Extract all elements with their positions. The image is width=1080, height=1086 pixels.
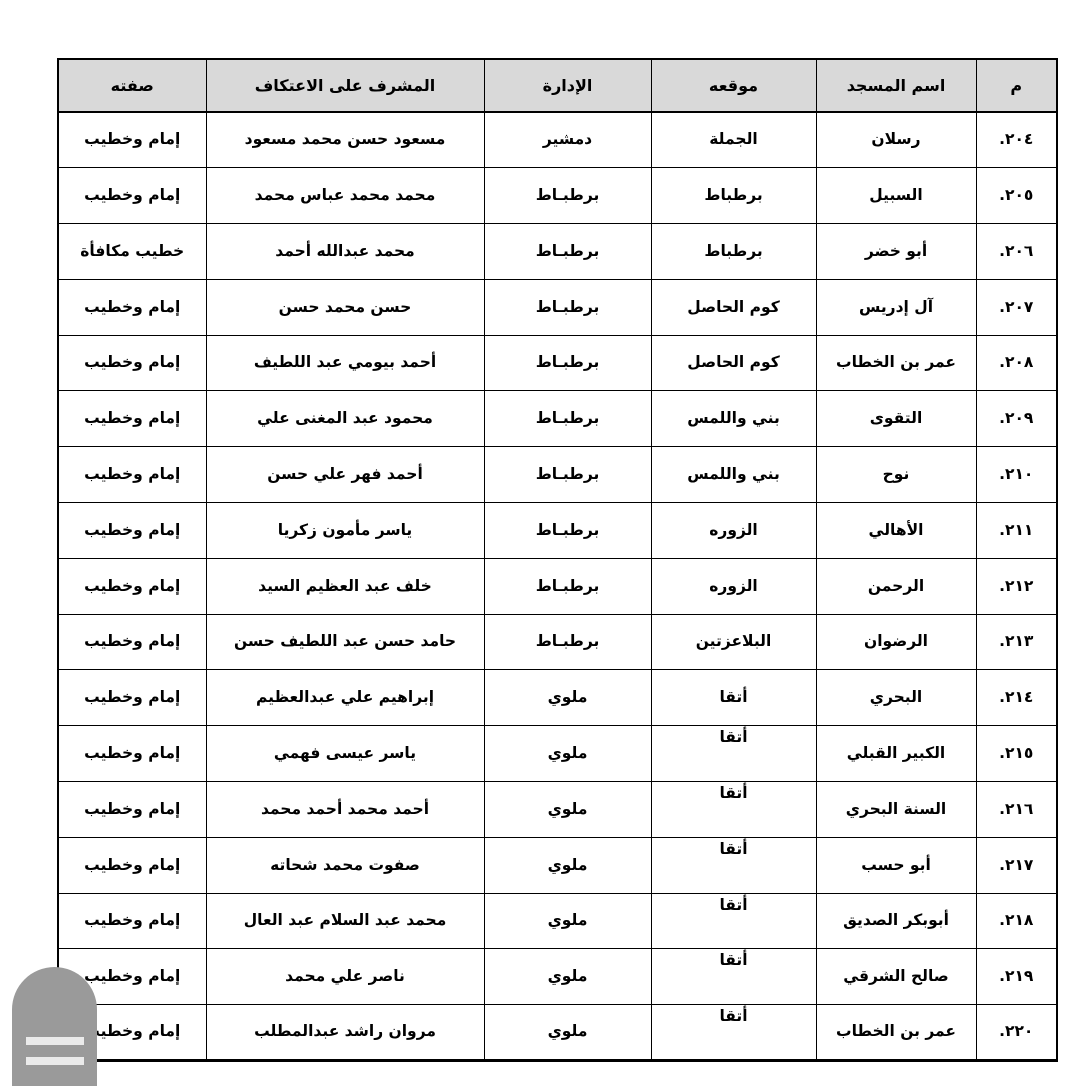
table-row: ٢٠٧.آل إدريسكوم الحاصلبرطبـاطحسن محمد حس… (58, 279, 1057, 335)
cell-num: ٢١٤. (976, 670, 1057, 726)
cell-mosque-name: التقوى (816, 391, 976, 447)
cell-mosque-name: رسلان (816, 112, 976, 168)
col-header-location: موقعه (651, 59, 816, 112)
cell-mosque-name: البحري (816, 670, 976, 726)
cell-mosque-name: نوح (816, 447, 976, 503)
cell-supervisor: ناصر علي محمد (206, 949, 484, 1005)
cell-supervisor: محمد عبد السلام عبد العال (206, 893, 484, 949)
cell-supervisor: إبراهيم علي عبدالعظيم (206, 670, 484, 726)
cell-role: إمام وخطيب (58, 503, 206, 559)
cell-role: إمام وخطيب (58, 893, 206, 949)
cell-supervisor: حامد حسن عبد اللطيف حسن (206, 614, 484, 670)
table-row: ٢١٥.الكبير القبليأتقاملويياسر عيسى فهميإ… (58, 726, 1057, 782)
cell-mosque-name: أبو حسب (816, 837, 976, 893)
page: م اسم المسجد موقعه الإدارة المشرف على ال… (0, 0, 1080, 1086)
table-row: ٢٢٠.عمر بن الخطابأتقاملويمروان راشد عبدا… (58, 1005, 1057, 1061)
cell-num: ٢٠٩. (976, 391, 1057, 447)
cell-admin: ملوي (484, 1005, 651, 1061)
cell-mosque-name: عمر بن الخطاب (816, 335, 976, 391)
table-row: ٢١١.الأهاليالزورهبرطبـاطياسر مأمون زكريا… (58, 503, 1057, 559)
cell-location: برطباط (651, 224, 816, 280)
cell-admin: ملوي (484, 782, 651, 838)
cell-role: إمام وخطيب (58, 837, 206, 893)
table-row: ٢٠٦.أبو خضربرطباطبرطبـاطمحمد عبدالله أحم… (58, 224, 1057, 280)
cell-num: ٢٠٥. (976, 168, 1057, 224)
table-row: ٢١٤.البحريأتقاملويإبراهيم علي عبدالعظيمإ… (58, 670, 1057, 726)
cell-mosque-name: السبيل (816, 168, 976, 224)
cell-num: ٢١٧. (976, 837, 1057, 893)
cell-mosque-name: الرحمن (816, 558, 976, 614)
cell-supervisor: صفوت محمد شحاته (206, 837, 484, 893)
cell-num: ٢١٢. (976, 558, 1057, 614)
cell-mosque-name: السنة البحري (816, 782, 976, 838)
cell-num: ٢١٣. (976, 614, 1057, 670)
cell-supervisor: أحمد فهر علي حسن (206, 447, 484, 503)
table-row: ٢٠٥.السبيلبرطباطبرطبـاطمحمد محمد عباس مح… (58, 168, 1057, 224)
cell-supervisor: ياسر مأمون زكريا (206, 503, 484, 559)
cell-num: ٢٠٨. (976, 335, 1057, 391)
cell-admin: برطبـاط (484, 224, 651, 280)
cell-location: الجملة (651, 112, 816, 168)
cell-mosque-name: أبو خضر (816, 224, 976, 280)
cell-supervisor: حسن محمد حسن (206, 279, 484, 335)
cell-num: ٢٠٤. (976, 112, 1057, 168)
cell-role: إمام وخطيب (58, 391, 206, 447)
table-row: ٢١٨.أبوبكر الصديقأتقاملويمحمد عبد السلام… (58, 893, 1057, 949)
cell-supervisor: أحمد بيومي عبد اللطيف (206, 335, 484, 391)
cell-location: أتقا (651, 1005, 816, 1061)
cell-location: كوم الحاصل (651, 279, 816, 335)
cell-role: إمام وخطيب (58, 279, 206, 335)
cell-admin: ملوي (484, 837, 651, 893)
cell-role: إمام وخطيب (58, 447, 206, 503)
cell-num: ٢١٦. (976, 782, 1057, 838)
cell-location: أتقا (651, 726, 816, 782)
mosques-table: م اسم المسجد موقعه الإدارة المشرف على ال… (57, 58, 1058, 1062)
cell-supervisor: مروان راشد عبدالمطلب (206, 1005, 484, 1061)
gray-overlay-shape (12, 967, 97, 1086)
col-header-role: صفته (58, 59, 206, 112)
cell-supervisor: محمود عبد المغنى علي (206, 391, 484, 447)
col-header-supervisor: المشرف على الاعتكاف (206, 59, 484, 112)
cell-role: إمام وخطيب (58, 670, 206, 726)
table-row: ٢٠٩.التقوىبني واللمسبرطبـاطمحمود عبد الم… (58, 391, 1057, 447)
table-row: ٢٠٤.رسلانالجملةدمشيرمسعود حسن محمد مسعود… (58, 112, 1057, 168)
cell-admin: برطبـاط (484, 335, 651, 391)
cell-role: إمام وخطيب (58, 335, 206, 391)
cell-admin: برطبـاط (484, 503, 651, 559)
table-row: ٢٠٨.عمر بن الخطابكوم الحاصلبرطبـاطأحمد ب… (58, 335, 1057, 391)
cell-admin: برطبـاط (484, 614, 651, 670)
cell-location: أتقا (651, 893, 816, 949)
cell-mosque-name: الأهالي (816, 503, 976, 559)
cell-role: خطيب مكافأة (58, 224, 206, 280)
cell-location: البلاعزتين (651, 614, 816, 670)
cell-admin: دمشير (484, 112, 651, 168)
cell-role: إمام وخطيب (58, 558, 206, 614)
cell-supervisor: ياسر عيسى فهمي (206, 726, 484, 782)
cell-admin: برطبـاط (484, 558, 651, 614)
cell-num: ٢١٠. (976, 447, 1057, 503)
table-row: ٢١٠.نوحبني واللمسبرطبـاطأحمد فهر علي حسن… (58, 447, 1057, 503)
cell-location: الزوره (651, 503, 816, 559)
cell-mosque-name: آل إدريس (816, 279, 976, 335)
cell-location: أتقا (651, 670, 816, 726)
cell-num: ٢١٩. (976, 949, 1057, 1005)
cell-location: أتقا (651, 837, 816, 893)
table-row: ٢١٢.الرحمنالزورهبرطبـاطخلف عبد العظيم ال… (58, 558, 1057, 614)
cell-location: بني واللمس (651, 391, 816, 447)
cell-admin: ملوي (484, 893, 651, 949)
cell-supervisor: خلف عبد العظيم السيد (206, 558, 484, 614)
cell-mosque-name: صالح الشرقي (816, 949, 976, 1005)
cell-mosque-name: الكبير القبلي (816, 726, 976, 782)
overlay-bar-1 (26, 1037, 84, 1045)
table-row: ٢١٣.الرضوانالبلاعزتينبرطبـاطحامد حسن عبد… (58, 614, 1057, 670)
cell-admin: برطبـاط (484, 391, 651, 447)
cell-num: ٢٢٠. (976, 1005, 1057, 1061)
cell-mosque-name: الرضوان (816, 614, 976, 670)
cell-mosque-name: أبوبكر الصديق (816, 893, 976, 949)
cell-role: إمام وخطيب (58, 168, 206, 224)
cell-num: ٢٠٦. (976, 224, 1057, 280)
cell-role: إمام وخطيب (58, 726, 206, 782)
table-body: ٢٠٤.رسلانالجملةدمشيرمسعود حسن محمد مسعود… (58, 112, 1057, 1061)
cell-role: إمام وخطيب (58, 614, 206, 670)
cell-mosque-name: عمر بن الخطاب (816, 1005, 976, 1061)
cell-location: أتقا (651, 949, 816, 1005)
cell-admin: برطبـاط (484, 447, 651, 503)
cell-num: ٢١٨. (976, 893, 1057, 949)
cell-admin: برطبـاط (484, 279, 651, 335)
cell-location: بني واللمس (651, 447, 816, 503)
cell-supervisor: محمد محمد عباس محمد (206, 168, 484, 224)
cell-admin: ملوي (484, 949, 651, 1005)
cell-location: الزوره (651, 558, 816, 614)
cell-location: برطباط (651, 168, 816, 224)
cell-admin: برطبـاط (484, 168, 651, 224)
col-header-admin: الإدارة (484, 59, 651, 112)
table-row: ٢١٦.السنة البحريأتقاملويأحمد محمد أحمد م… (58, 782, 1057, 838)
cell-num: ٢١٥. (976, 726, 1057, 782)
cell-num: ٢١١. (976, 503, 1057, 559)
cell-location: كوم الحاصل (651, 335, 816, 391)
col-header-num: م (976, 59, 1057, 112)
overlay-bar-2 (26, 1057, 84, 1065)
table-container: م اسم المسجد موقعه الإدارة المشرف على ال… (57, 58, 1058, 1062)
cell-supervisor: محمد عبدالله أحمد (206, 224, 484, 280)
cell-supervisor: أحمد محمد أحمد محمد (206, 782, 484, 838)
cell-role: إمام وخطيب (58, 112, 206, 168)
cell-admin: ملوي (484, 726, 651, 782)
col-header-mosque: اسم المسجد (816, 59, 976, 112)
cell-supervisor: مسعود حسن محمد مسعود (206, 112, 484, 168)
header-row: م اسم المسجد موقعه الإدارة المشرف على ال… (58, 59, 1057, 112)
cell-num: ٢٠٧. (976, 279, 1057, 335)
cell-admin: ملوي (484, 670, 651, 726)
cell-role: إمام وخطيب (58, 782, 206, 838)
table-row: ٢١٩.صالح الشرقيأتقاملويناصر علي محمدإمام… (58, 949, 1057, 1005)
cell-location: أتقا (651, 782, 816, 838)
table-row: ٢١٧.أبو حسبأتقاملويصفوت محمد شحاتهإمام و… (58, 837, 1057, 893)
